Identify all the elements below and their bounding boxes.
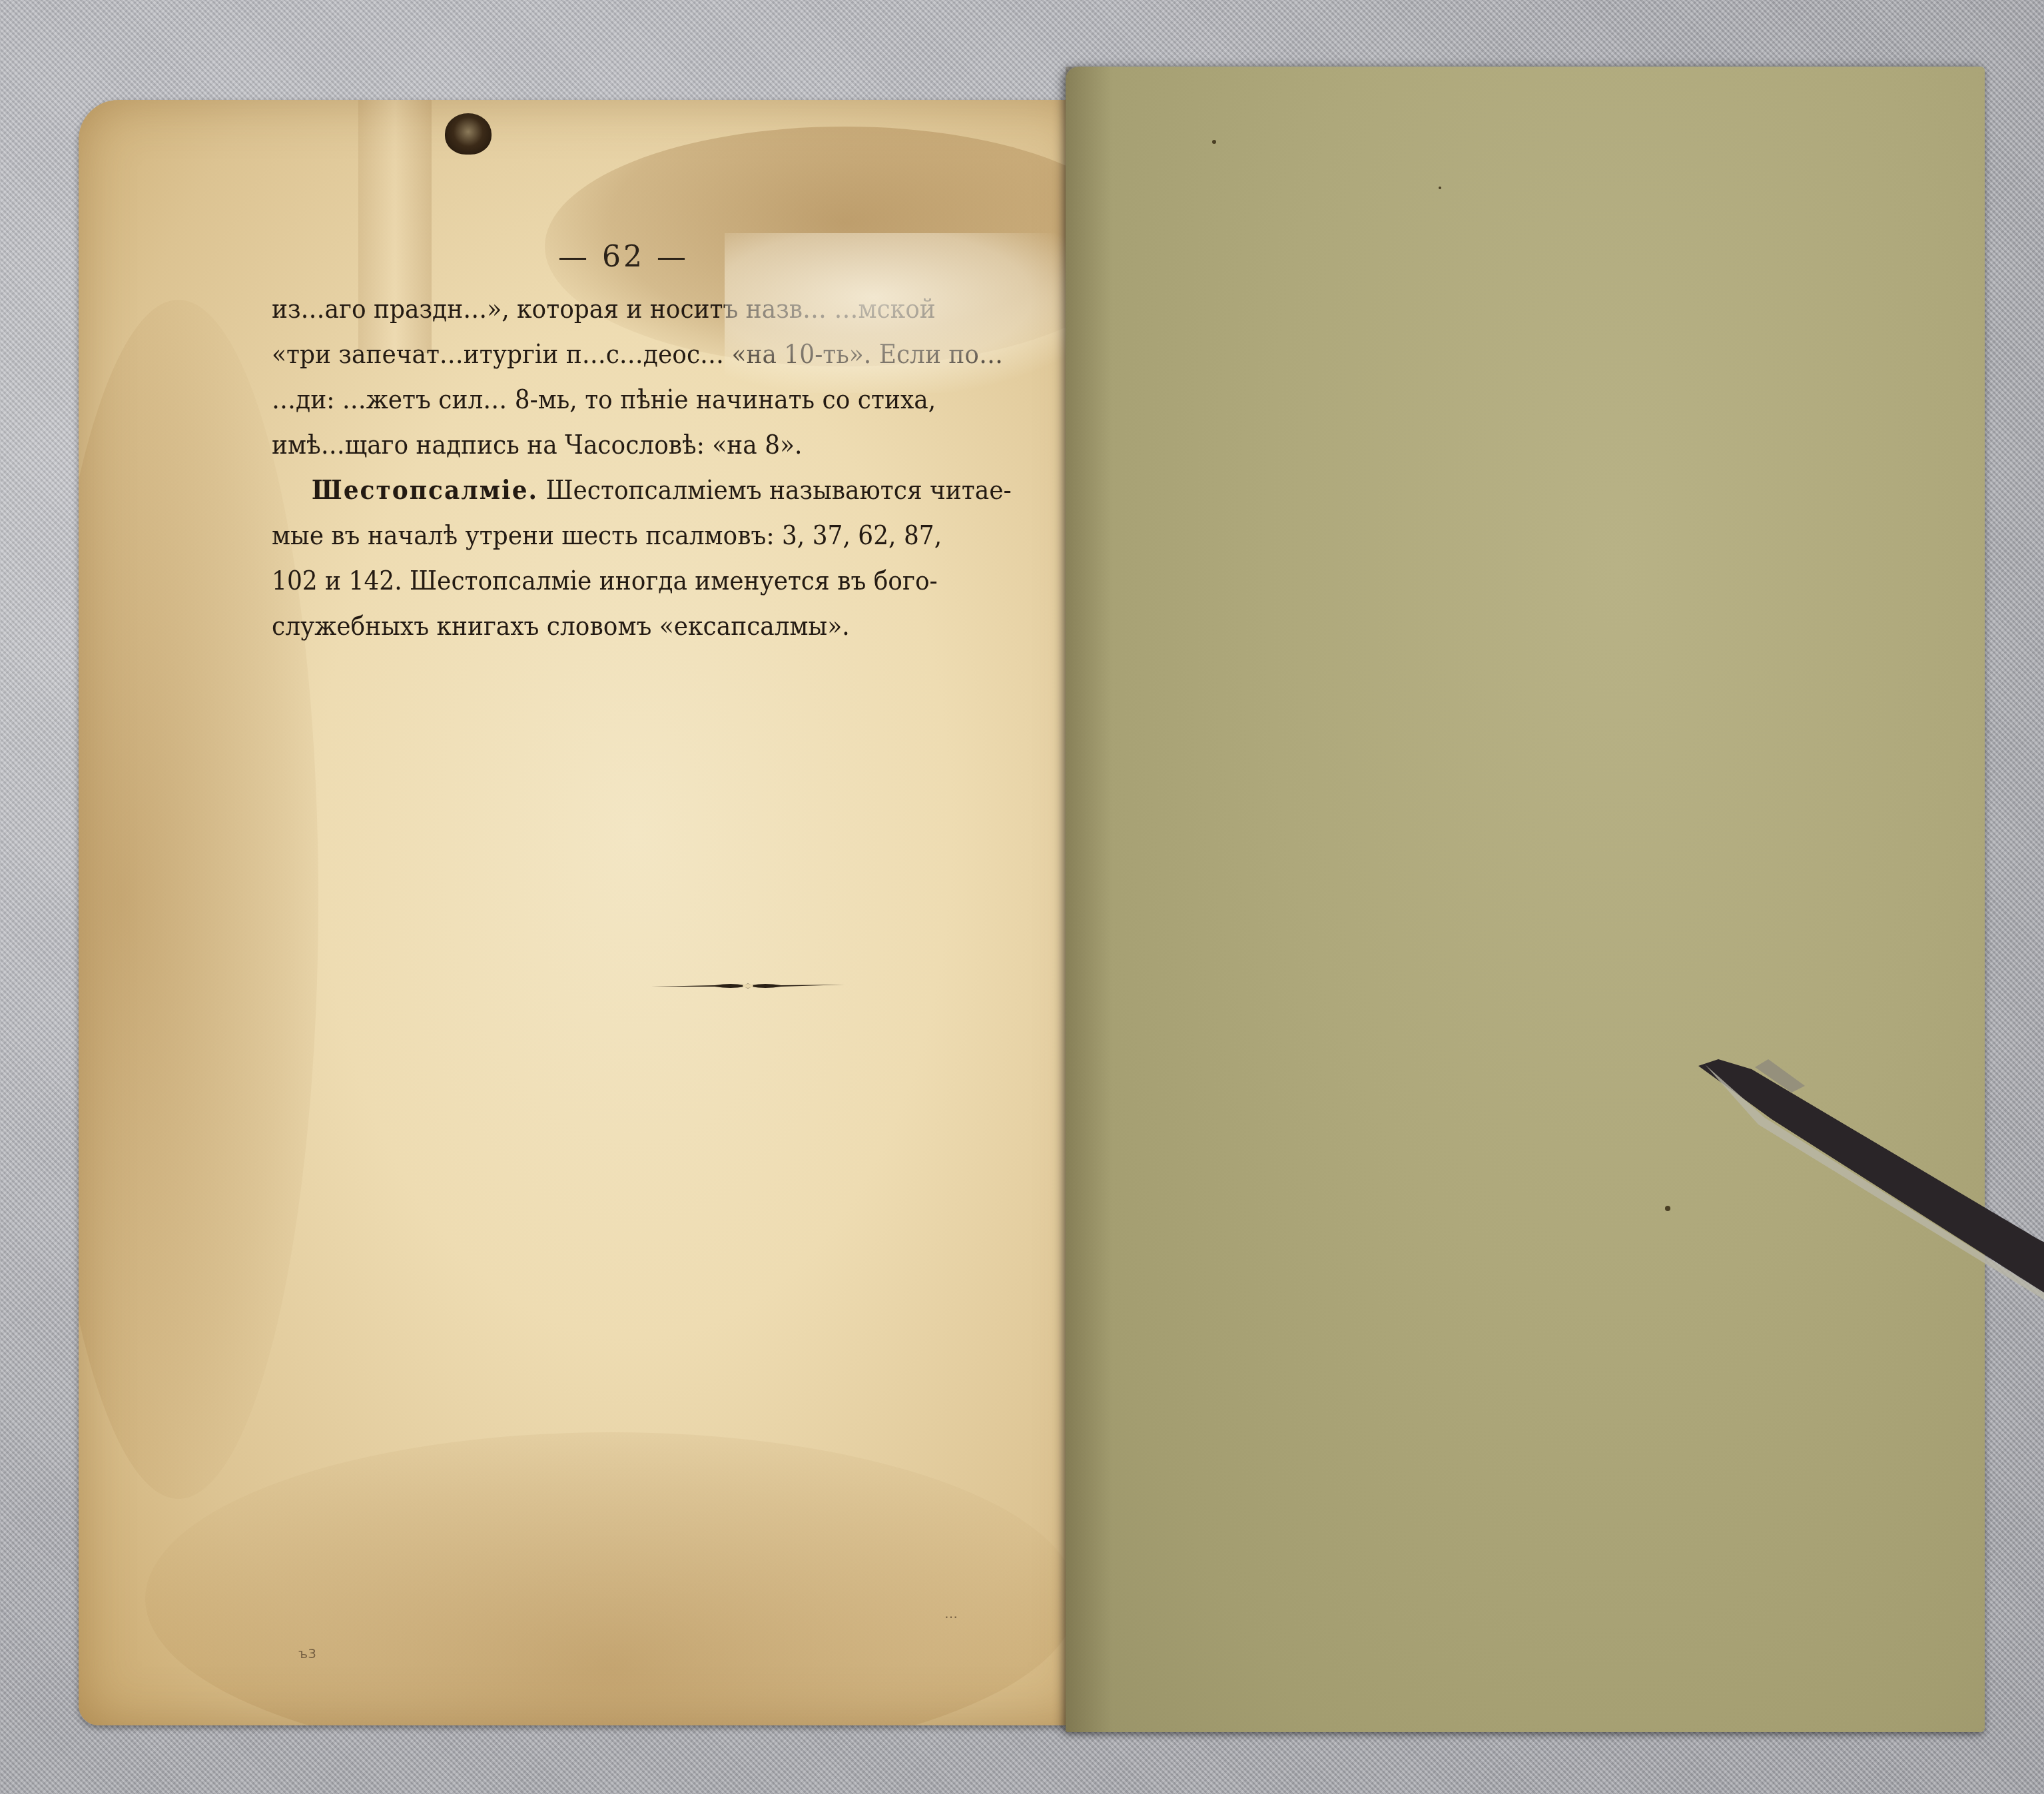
book-photo: — 62 — из…аго праздн…», которая и носитъ… [0,0,2044,1794]
left-page: — 62 — из…аго праздн…», которая и носитъ… [79,100,1091,1725]
text-line: имѣ…щаго надпись на Часословѣ: «на 8». [272,422,1091,468]
pencil-mark: ъ3 [298,1645,316,1661]
text-line: служебныхъ книгахъ словомъ «ексапсалмы». [272,604,1091,649]
paragraph-first-line: Шестопсалміе. Шестопсалміемъ называются … [272,468,1091,513]
text-fragment: Шестопсалміемъ называются читае- [538,475,1012,506]
water-stain [145,1432,1078,1725]
ornament-rule-icon [651,981,845,991]
scissors-blade-icon [1692,1039,2044,1319]
ink-blot [445,113,492,155]
paper-speck [1665,1206,1670,1211]
right-page-flyleaf [1066,67,1985,1732]
page-number: — 62 — [558,240,689,274]
printed-text: из…аго праздн…», которая и носитъ назв… … [272,286,1091,649]
text-line: мые въ началѣ утрени шесть псалмовъ: 3, … [272,513,1091,558]
text-line: …ди: …жетъ сил… 8-мь, то пѣніе начинать … [272,377,1091,422]
text-line: из…аго праздн…», которая и носитъ назв… … [272,286,1091,332]
text-line: 102 и 142. Шестопсалміе иногда именуется… [272,558,1091,604]
pencil-mark: … [944,1605,958,1621]
text-line: «три запечат…итургіи п…с…деос… «на 10-ть… [272,332,1091,377]
paper-speck [1212,140,1216,144]
paragraph-heading: Шестопсалміе. [312,474,538,506]
paper-speck [1439,187,1441,189]
